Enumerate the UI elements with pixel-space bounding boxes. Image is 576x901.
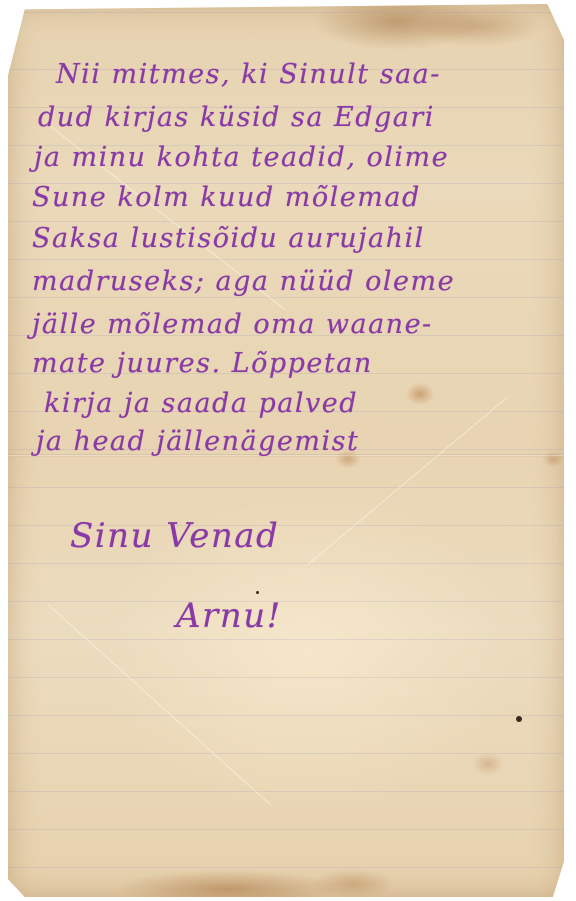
letter-line-9: kirja ja saada palved (44, 388, 358, 419)
letter-line-1: Nii mitmes, ki Sinult saa- (56, 59, 441, 90)
letter-line-7: jälle mõlemad oma waane- (32, 309, 433, 340)
letter-line-6: madruseks; aga nüüd oleme (32, 266, 455, 297)
letter-line-8: mate juures. Lõppetan (32, 348, 373, 379)
letter-closing: Sinu Venad (70, 516, 279, 556)
ink-spot (256, 591, 259, 594)
letter-line-5: Saksa lustisõidu aurujahil (32, 223, 425, 254)
letter-signature: Arnu! (176, 596, 282, 636)
ink-spot (516, 716, 522, 722)
letter-line-4: Sune kolm kuud mõlemad (32, 182, 421, 213)
letter-line-10: ja head jällenägemist (36, 426, 359, 457)
letter-line-2: dud kirjas küsid sa Edgari (38, 102, 435, 133)
letter-line-3: ja minu kohta teadid, olime (34, 142, 449, 173)
letter-page: Nii mitmes, ki Sinult saa- dud kirjas kü… (8, 4, 564, 897)
